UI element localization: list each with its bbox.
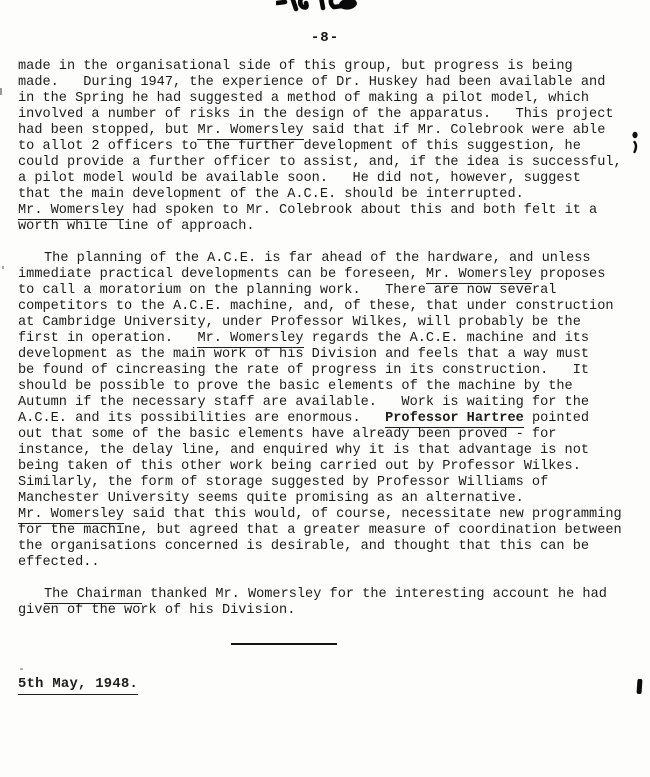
text-segment: to allot 2 officers to the further devel… <box>18 139 581 154</box>
text-segment: effected.. <box>18 555 100 570</box>
text-segment: made in the organisational side of this … <box>18 59 573 74</box>
text-segment: a pilot model would be available soon. H… <box>18 171 581 186</box>
text-line: at Cambridge University, under Professor… <box>18 315 643 331</box>
text-line: Similarly, the form of storage suggested… <box>18 475 643 491</box>
scribble-icon <box>276 0 360 13</box>
text-segment: The planning of the A.C.E. is far ahead … <box>44 251 591 266</box>
text-segment: instance, the delay line, and enquired w… <box>18 443 589 458</box>
text-line: The Chairman thanked Mr. Womersley for t… <box>18 587 643 603</box>
text-segment: being taken of this other work being car… <box>18 459 581 474</box>
text-line: Autumn if the necessary staff are availa… <box>18 395 643 411</box>
text-segment: made. During 1947, the experience of Dr.… <box>18 75 605 90</box>
text-segment: could provide a further officer to assis… <box>18 155 622 170</box>
text-line: A.C.E. and its possibilities are enormou… <box>18 411 643 427</box>
text-segment: to call a moratorium on the planning wor… <box>18 283 556 298</box>
text-segment: said that this would, of course, necessi… <box>124 507 622 522</box>
scan-speck <box>0 88 2 95</box>
text-line: first in operation. Mr. Womersley regard… <box>18 331 643 347</box>
text-line: be found of cincreasing the rate of prog… <box>18 363 643 379</box>
text-segment: Manchester University seems quite promis… <box>18 491 524 506</box>
document-page: { "page": { "number": "-8-", "date": "5t… <box>0 0 650 777</box>
underlined-name: Mr. Womersley <box>18 203 124 220</box>
text-line: could provide a further officer to assis… <box>18 155 643 171</box>
text-segment: Autumn if the necessary staff are availa… <box>18 395 589 410</box>
text-segment: be found of cincreasing the rate of prog… <box>18 363 589 378</box>
text-segment: said that if Mr. Colebrook were able <box>304 123 606 138</box>
text-line: The planning of the A.C.E. is far ahead … <box>18 251 643 267</box>
text-segment: thanked Mr. Womersley for the interestin… <box>142 587 607 602</box>
text-line: the organisations concerned is desirable… <box>18 539 643 555</box>
text-line: given of the work of his Division. <box>18 603 643 619</box>
text-line: made. During 1947, the experience of Dr.… <box>18 75 643 91</box>
ink-speck-icon <box>630 131 639 155</box>
underlined-name: The Chairman <box>44 587 142 604</box>
text-line: Manchester University seems quite promis… <box>18 491 643 507</box>
document-body: made in the organisational side of this … <box>18 59 643 695</box>
text-segment: at Cambridge University, under Professor… <box>18 315 581 330</box>
text-segment: had been stopped, but <box>18 123 197 138</box>
paragraph: The planning of the A.C.E. is far ahead … <box>18 251 643 571</box>
underlined-name: Mr. Womersley <box>18 507 124 524</box>
text-segment: Similarly, the form of storage suggested… <box>18 475 548 490</box>
text-line: being taken of this other work being car… <box>18 459 643 475</box>
text-segment: competitors to the A.C.E. machine, and, … <box>18 299 614 314</box>
text-segment: immediate practical developments can be … <box>18 267 426 282</box>
text-segment: for the machine, but agreed that a great… <box>18 523 622 538</box>
scan-speck <box>2 266 4 269</box>
text-line: immediate practical developments can be … <box>18 267 643 283</box>
underlined-name: Mr. Womersley <box>197 331 303 348</box>
ink-blot-icon <box>636 679 642 694</box>
text-line: development as the main work of his Divi… <box>18 347 643 363</box>
text-segment: regards the A.C.E. machine and its <box>304 331 590 346</box>
text-line: made in the organisational side of this … <box>18 59 643 75</box>
text-segment: that the main development of the A.C.E. … <box>18 187 524 202</box>
text-segment: worth while line of approach. <box>18 219 255 234</box>
paragraph: made in the organisational side of this … <box>18 59 643 235</box>
text-segment: in the Spring he had suggested a method … <box>18 91 589 106</box>
text-line: to allot 2 officers to the further devel… <box>18 139 643 155</box>
scan-speck <box>20 668 23 670</box>
paragraph: The Chairman thanked Mr. Womersley for t… <box>18 587 643 619</box>
text-segment: A.C.E. and its possibilities are enormou… <box>18 411 385 426</box>
text-line: Mr. Womersley had spoken to Mr. Colebroo… <box>18 203 643 219</box>
text-segment: first in operation. <box>18 331 197 346</box>
text-line: out that some of the basic elements have… <box>18 427 643 443</box>
text-segment: development as the main work of his Divi… <box>18 347 589 362</box>
text-line: for the machine, but agreed that a great… <box>18 523 643 539</box>
text-segment: given of the work of his Division. <box>18 603 295 618</box>
underlined-name: Mr. Womersley <box>197 123 303 140</box>
text-line: worth while line of approach. <box>18 219 643 235</box>
text-line: competitors to the A.C.E. machine, and, … <box>18 299 643 315</box>
text-segment: should be possible to prove the basic el… <box>18 379 573 394</box>
text-segment: the organisations concerned is desirable… <box>18 539 589 554</box>
text-segment: involved a number of risks in the design… <box>18 107 614 122</box>
text-segment: proposes <box>532 267 605 282</box>
text-line: instance, the delay line, and enquired w… <box>18 443 643 459</box>
text-line: in the Spring he had suggested a method … <box>18 91 643 107</box>
text-line: involved a number of risks in the design… <box>18 107 643 123</box>
text-line: Mr. Womersley said that this would, of c… <box>18 507 643 523</box>
underlined-name: Mr. Womersley <box>426 267 532 284</box>
text-segment: pointed <box>524 411 589 426</box>
text-line: that the main development of the A.C.E. … <box>18 187 643 203</box>
date-footnote: 5th May, 1948. <box>18 677 643 695</box>
text-segment: had spoken to Mr. Colebrook about this a… <box>124 203 597 218</box>
text-line: a pilot model would be available soon. H… <box>18 171 643 187</box>
page-number: -8- <box>0 30 650 46</box>
date-text: 5th May, 1948. <box>18 677 138 695</box>
text-line: had been stopped, but Mr. Womersley said… <box>18 123 643 139</box>
text-line: effected.. <box>18 555 643 571</box>
section-divider <box>231 643 337 645</box>
underlined-name: Professor Hartree <box>385 411 524 428</box>
text-line: should be possible to prove the basic el… <box>18 379 643 395</box>
text-line: to call a moratorium on the planning wor… <box>18 283 643 299</box>
text-segment: out that some of the basic elements have… <box>18 427 556 442</box>
